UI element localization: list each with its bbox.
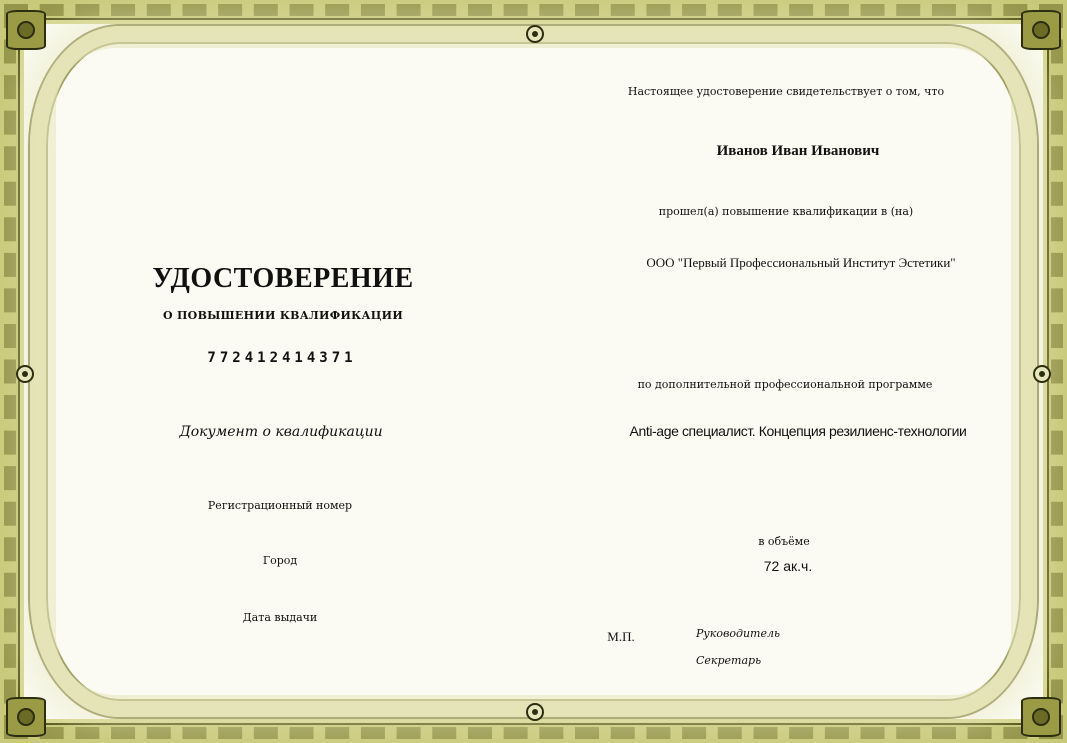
volume-value: 72 ак.ч. xyxy=(764,558,812,574)
city-label: Город xyxy=(263,554,297,567)
corner-ornament-icon xyxy=(6,10,46,50)
volume-label: в объёме xyxy=(758,535,810,548)
document-type: Документ о квалификации xyxy=(179,424,382,440)
corner-ornament-icon xyxy=(6,697,46,737)
secretary-signature-label: Секретарь xyxy=(696,654,761,667)
rosette-icon xyxy=(526,25,544,43)
program-label: по дополнительной профессиональной прогр… xyxy=(638,378,933,391)
passed-text: прошел(а) повышение квалификации в (на) xyxy=(659,205,913,218)
certifies-text: Настоящее удостоверение свидетельствует … xyxy=(628,85,944,98)
corner-ornament-icon xyxy=(1021,10,1061,50)
organization-name: ООО "Первый Профессиональный Институт Эс… xyxy=(646,255,955,271)
holder-name: Иванов Иван Иванович xyxy=(717,143,880,160)
certificate-title: УДОСТОВЕРЕНИЕ xyxy=(152,263,413,295)
stamp-label: М.П. xyxy=(607,629,634,645)
rosette-icon xyxy=(1033,365,1051,383)
program-name: Anti-age специалист. Концепция резилиенс… xyxy=(630,423,967,439)
head-signature-label: Руководитель xyxy=(696,627,780,640)
certificate-subtitle: О ПОВЫШЕНИИ КВАЛИФИКАЦИИ xyxy=(163,309,403,322)
certificate-number: 772412414371 xyxy=(207,350,356,366)
certificate: УДОСТОВЕРЕНИЕ О ПОВЫШЕНИИ КВАЛИФИКАЦИИ 7… xyxy=(0,0,1067,743)
issue-date-label: Дата выдачи xyxy=(243,611,318,624)
corner-ornament-icon xyxy=(1021,697,1061,737)
rosette-icon xyxy=(526,703,544,721)
registration-number-label: Регистрационный номер xyxy=(208,499,352,512)
rosette-icon xyxy=(16,365,34,383)
